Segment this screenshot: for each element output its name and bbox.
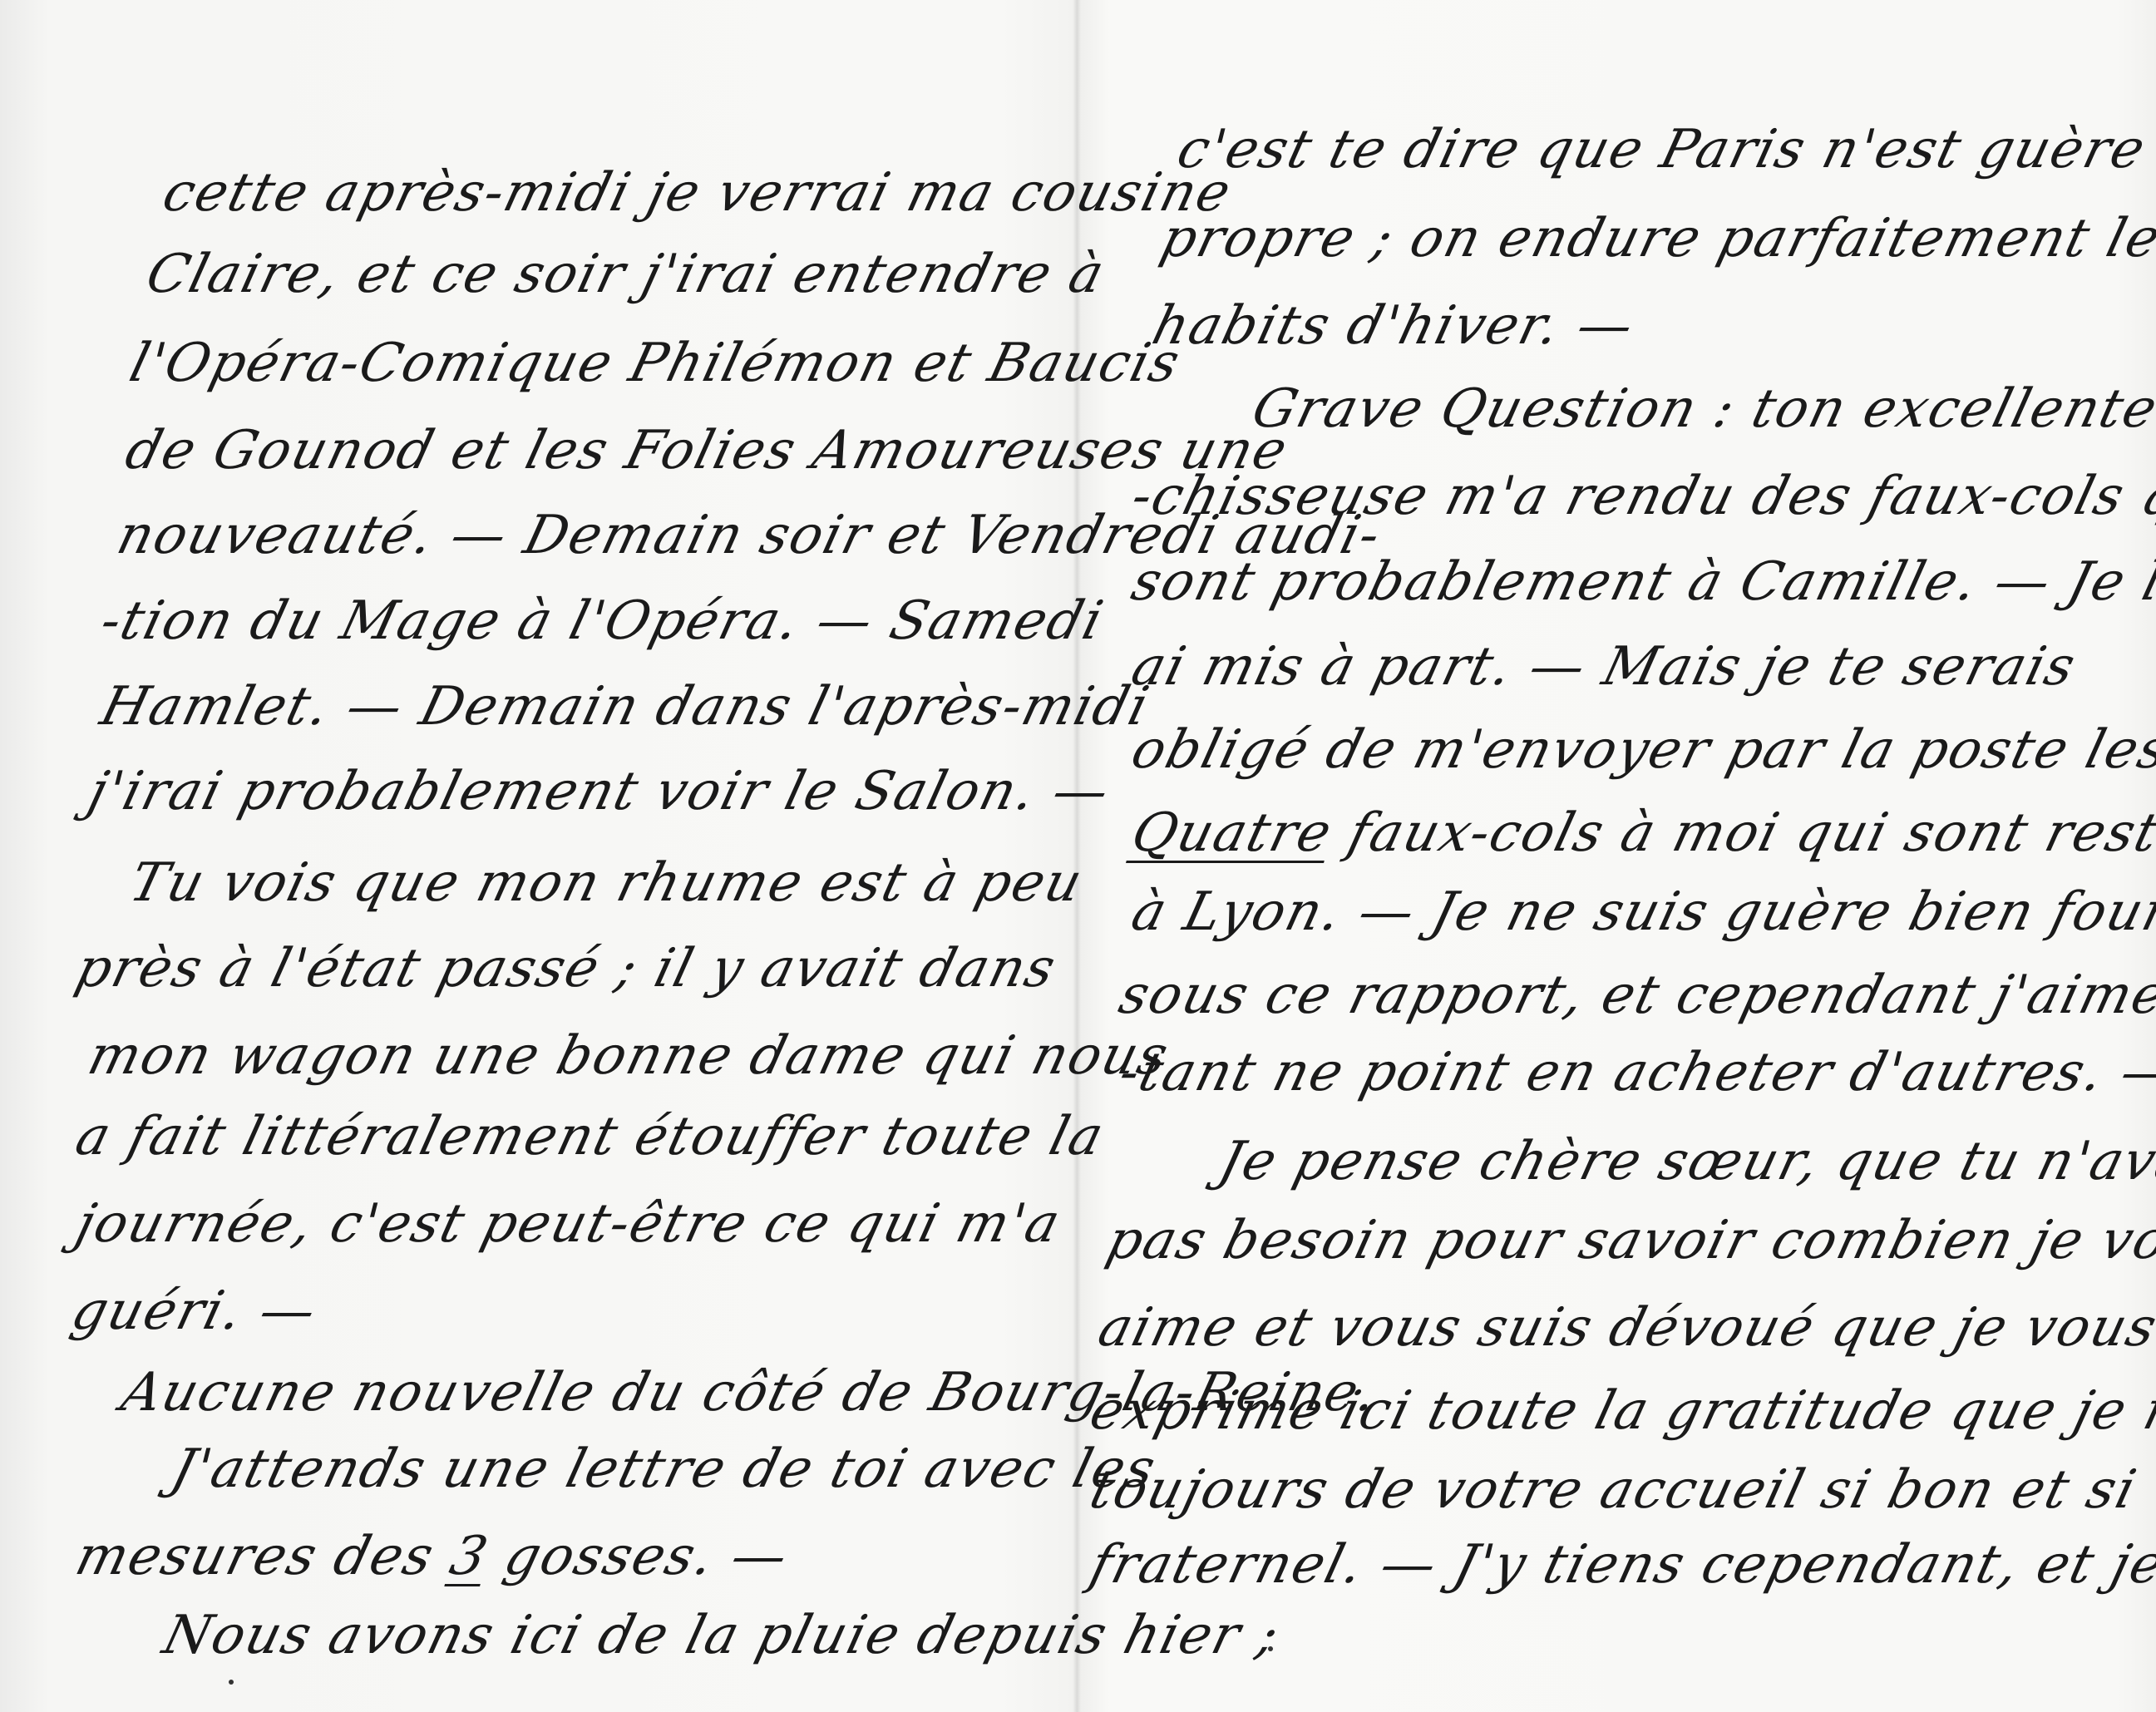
line-text: -tion du Mage à l'Opéra. — Samedi xyxy=(95,590,1110,652)
left-line-4: de Gounod et les Folies Amoureuses une xyxy=(121,424,1294,477)
right-line-12: -tant ne point en acheter d'autres. — xyxy=(1114,1046,2156,1099)
line-text: à Lyon. — Je ne suis guère bien fourni xyxy=(1126,881,2156,943)
line-text: -chisseuse m'a rendu des faux-cols qui xyxy=(1126,466,2156,527)
right-line-17: toujours de votre accueil si bon et si xyxy=(1085,1463,2142,1517)
letter-spread: cette après-midi je verrai ma cousine Cl… xyxy=(0,0,2156,1712)
right-line-7: ai mis à part. — Mais je te serais xyxy=(1127,640,2081,693)
line-text: sous ce rapport, et cependant j'aime au- xyxy=(1113,965,2156,1026)
line-text: pas besoin pour savoir combien je vous xyxy=(1101,1210,2156,1271)
left-line-12: a fait littéralement étouffer toute la xyxy=(71,1110,1110,1163)
right-line-3: habits d'hiver. — xyxy=(1147,299,1640,353)
line-text: aime et vous suis dévoué que je vous xyxy=(1093,1297,2156,1359)
right-line-4: Grave Question : ton excellente blan- xyxy=(1247,382,2156,436)
line-text: ai mis à part. — Mais je te serais xyxy=(1126,636,2083,698)
right-line-1: c'est te dire que Paris n'est guère xyxy=(1172,123,2151,176)
right-line-8: obligé de m'envoyer par la poste les xyxy=(1127,723,2156,777)
line-text: Tu vois que mon rhume est à peu xyxy=(124,852,1090,914)
line-text: Je pense chère sœur, que tu n'avais xyxy=(1213,1131,2156,1192)
left-line-3: l'Opéra-Comique Philémon et Baucis xyxy=(125,337,1186,390)
left-line-11: mon wagon une bonne dame qui nous xyxy=(83,1029,1174,1083)
right-line-11: sous ce rapport, et cependant j'aime au- xyxy=(1114,969,2156,1022)
line-text: J'attends une lettre de toi avec les xyxy=(165,1438,1163,1500)
line-text: Hamlet. — Demain dans l'après-midi xyxy=(95,676,1157,738)
left-line-14: guéri. — xyxy=(67,1285,323,1338)
left-line-10: près à l'état passé ; il y avait dans xyxy=(71,942,1062,995)
ink-dot xyxy=(229,1680,234,1685)
right-line-16: exprime ici toute la gratitude que je re… xyxy=(1085,1384,2156,1438)
left-line-9: Tu vois que mon rhume est à peu xyxy=(125,856,1088,910)
line-text: cette après-midi je verrai ma cousine xyxy=(157,162,1238,224)
left-line-17: mesures des 3 gosses. — xyxy=(71,1530,794,1583)
right-line-6: sont probablement à Camille. — Je les xyxy=(1127,555,2156,609)
left-line-2: Claire, et ce soir j'irai entendre à xyxy=(141,248,1110,301)
line-text: -tant ne point en acheter d'autres. — xyxy=(1113,1042,2156,1103)
right-line-10: à Lyon. — Je ne suis guère bien fourni xyxy=(1127,886,2156,939)
line-text: journée, c'est peut-être ce qui m'a xyxy=(70,1193,1068,1255)
left-line-16: J'attends une lettre de toi avec les xyxy=(166,1443,1162,1496)
right-line-13: Je pense chère sœur, que tu n'avais xyxy=(1214,1135,2156,1188)
line-text: j'irai probablement voir le Salon. — xyxy=(82,761,1117,822)
line-text: mesures des 3 gosses. — xyxy=(70,1526,795,1587)
line-text: mon wagon une bonne dame qui nous xyxy=(82,1025,1176,1087)
left-line-13: journée, c'est peut-être ce qui m'a xyxy=(71,1197,1066,1251)
line-text: exprime ici toute la gratitude que je re… xyxy=(1084,1380,2156,1442)
line-text: guéri. — xyxy=(66,1280,323,1342)
right-line-18: fraternel. — J'y tiens cependant, et je … xyxy=(1085,1538,2156,1591)
ink-dot xyxy=(1268,1646,1273,1651)
line-text: a fait littéralement étouffer toute la xyxy=(70,1106,1111,1167)
line-text: c'est te dire que Paris n'est guère xyxy=(1172,119,2153,180)
right-line-5: -chisseuse m'a rendu des faux-cols qui xyxy=(1127,470,2156,523)
left-line-18: Nous avons ici de la pluie depuis hier ; xyxy=(158,1609,1285,1662)
line-text: propre ; on endure parfaitement les xyxy=(1155,208,2156,269)
right-line-9: Quatre faux-cols à moi qui sont restés xyxy=(1127,807,2156,860)
line-text: Claire, et ce soir j'irai entendre à xyxy=(141,244,1112,305)
line-text: obligé de m'envoyer par la poste les xyxy=(1126,719,2156,781)
line-text: toujours de votre accueil si bon et si xyxy=(1084,1459,2144,1521)
line-text: de Gounod et les Folies Amoureuses une xyxy=(120,420,1295,481)
line-text: l'Opéra-Comique Philémon et Baucis xyxy=(124,333,1187,394)
line-text: Grave Question : ton excellente blan- xyxy=(1246,378,2156,440)
line-text: près à l'état passé ; il y avait dans xyxy=(70,938,1063,999)
line-text: Nous avons ici de la pluie depuis hier ; xyxy=(157,1605,1286,1666)
line-text: sont probablement à Camille. — Je les xyxy=(1126,551,2156,613)
line-text: Quatre faux-cols à moi qui sont restés xyxy=(1126,802,2156,864)
left-line-8: j'irai probablement voir le Salon. — xyxy=(83,765,1115,818)
right-line-15: aime et vous suis dévoué que je vous xyxy=(1093,1301,2156,1354)
left-line-1: cette après-midi je verrai ma cousine xyxy=(158,166,1237,220)
right-line-14: pas besoin pour savoir combien je vous xyxy=(1102,1214,2156,1267)
left-line-7: Hamlet. — Demain dans l'après-midi xyxy=(96,680,1155,733)
line-text: fraternel. — J'y tiens cependant, et je … xyxy=(1084,1534,2156,1596)
right-line-2: propre ; on endure parfaitement les xyxy=(1156,212,2156,265)
left-line-6: -tion du Mage à l'Opéra. — Samedi xyxy=(96,595,1109,648)
line-text: habits d'hiver. — xyxy=(1147,295,1641,357)
